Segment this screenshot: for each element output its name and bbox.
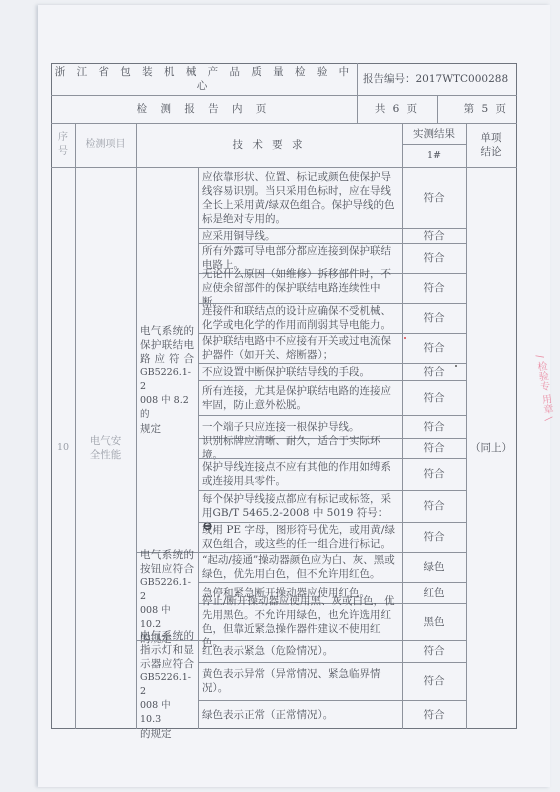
result-value: 符合: [402, 228, 466, 243]
report-number: 报告编号：2017WTC000288: [357, 63, 516, 95]
result-value: 符合: [402, 458, 466, 490]
requirement-text-with-symbol: 每个保护导线接点都应有标记或标签，采用GB/T 5465.2-2008 中 50…: [198, 490, 402, 522]
group-line: 008 中 10.2: [140, 604, 194, 632]
result-value: 符合: [402, 490, 466, 522]
red-mark: [455, 365, 457, 367]
result-value: 符合: [402, 243, 466, 273]
red-mark: [404, 337, 406, 339]
requirement-text: 黄色表示异常（异常情况、紧急临界情况）。: [198, 662, 402, 700]
group-line: 保护联结电: [140, 338, 194, 352]
group-line: 按钮应符合: [140, 562, 194, 576]
requirement-text: 所有连接，尤其是保护联结电路的连接应牢固，防止意外松脱。: [198, 380, 402, 415]
column-header-sample: 1#: [402, 144, 466, 167]
requirement-text: 保护联结电路中不应接有开关或过电流保护器件（如开关、熔断器）；: [198, 333, 402, 363]
page-title: 检 测 报 告 内 页: [51, 95, 357, 123]
result-value: 符合: [402, 415, 466, 438]
requirement-text: 应采用铜导线。: [198, 228, 402, 243]
requirement-text: “起动/接通”操动器颜色应为白、灰、黑或绿色，优先用白色，但不允许用红色。: [198, 552, 402, 582]
row-item: 电气安全性能: [75, 167, 136, 729]
result-value: 符合: [402, 438, 466, 458]
group-line: 的规定: [140, 727, 194, 741]
group-line: 规定: [140, 422, 194, 436]
group-line: GB5226.1-2: [140, 366, 194, 394]
requirement-text: 应依靠形状、位置、标记或颜色使保护导线容易识别。当只采用色标时，应在导线全长上采…: [198, 167, 402, 228]
group-line: 008 中 10.3: [140, 699, 194, 727]
group-line: 电气系统的: [140, 629, 194, 643]
column-header-seq: 序号: [51, 123, 75, 167]
group-line: 电气系统的: [140, 324, 194, 338]
column-header-conclusion: 单项结论: [466, 123, 516, 167]
result-value: 符合: [402, 333, 466, 363]
group-line: 指示灯和显: [140, 643, 194, 657]
column-header-requirement: 技 术 要 求: [136, 123, 402, 167]
row-conclusion: （同上）: [466, 167, 516, 729]
group-title-10-2: 电气系统的 按钮应符合 GB5226.1-2 008 中 10.2 的规定: [136, 555, 198, 639]
column-header-item: 检测项目: [75, 123, 136, 167]
organization-name: 浙 江 省 包 装 机 械 产 品 质 量 检 验 中 心: [51, 63, 357, 95]
requirement-text: 无论什么原因（如维修）拆移部件时，不应使余留部件的保护联结电路连续性中断。: [198, 273, 402, 303]
requirement-text: 红色表示紧急（危险情况）。: [198, 640, 402, 662]
result-value: 符合: [402, 662, 466, 700]
result-value: 符合: [402, 640, 466, 662]
result-value: 符合: [402, 700, 466, 729]
result-value: 符合: [402, 273, 466, 303]
requirement-text: 保护导线连接点不应有其他的作用如缚系或连接用具零件。: [198, 458, 402, 490]
group-line: GB5226.1-2: [140, 671, 194, 699]
group-line: 路 应 符 合: [140, 352, 194, 366]
result-value: 符合: [402, 303, 466, 333]
current-page: 第 5 页: [437, 95, 516, 123]
requirement-text: 连接件和联结点的设计应确保不受机械、化学或电化学的作用而削弱其导电能力。: [198, 303, 402, 333]
group-line: GB5226.1-2: [140, 576, 194, 604]
requirement-text: 或用 PE 字母，图形符号优先，或用黄/绿双色组合，或这些的任一组合进行标记。: [198, 522, 402, 552]
row-seq: 10: [51, 167, 75, 729]
group-line: 电气系统的: [140, 548, 194, 562]
total-pages: 共 6 页: [357, 95, 437, 123]
requirement-text: 识别标牌应清晰、耐久，适合于实际环境。: [198, 438, 402, 458]
result-value: 绿色: [402, 552, 466, 582]
group-line: 008 中 8.2 的: [140, 394, 194, 422]
requirement-text: 停止/断开操动器应使用黑、灰或白色，优先用黑色。不允许用绿色，也允许选用红色，但…: [198, 603, 402, 640]
result-value: 符合: [402, 522, 466, 552]
result-value: 黑色: [402, 603, 466, 640]
group-title-10-3: 电气系统的 指示灯和显 示器应符合 GB5226.1-2 008 中 10.3 …: [136, 641, 198, 729]
result-value: 符合: [402, 380, 466, 415]
result-value: 红色: [402, 582, 466, 603]
requirement-text: 不应设置中断保护联结导线的手段。: [198, 363, 402, 380]
requirement-text: 绿色表示正常（正常情况）。: [198, 700, 402, 729]
group-title-8-2: 电气系统的 保护联结电 路 应 符 合 GB5226.1-2 008 中 8.2…: [136, 330, 198, 430]
result-value: 符合: [402, 167, 466, 228]
column-header-result: 实测结果: [402, 123, 466, 144]
requirement-text: 每个保护导线接点都应有标记或标签，采用GB/T 5465.2-2008 中 50…: [202, 493, 391, 519]
group-line: 示器应符合: [140, 657, 194, 671]
